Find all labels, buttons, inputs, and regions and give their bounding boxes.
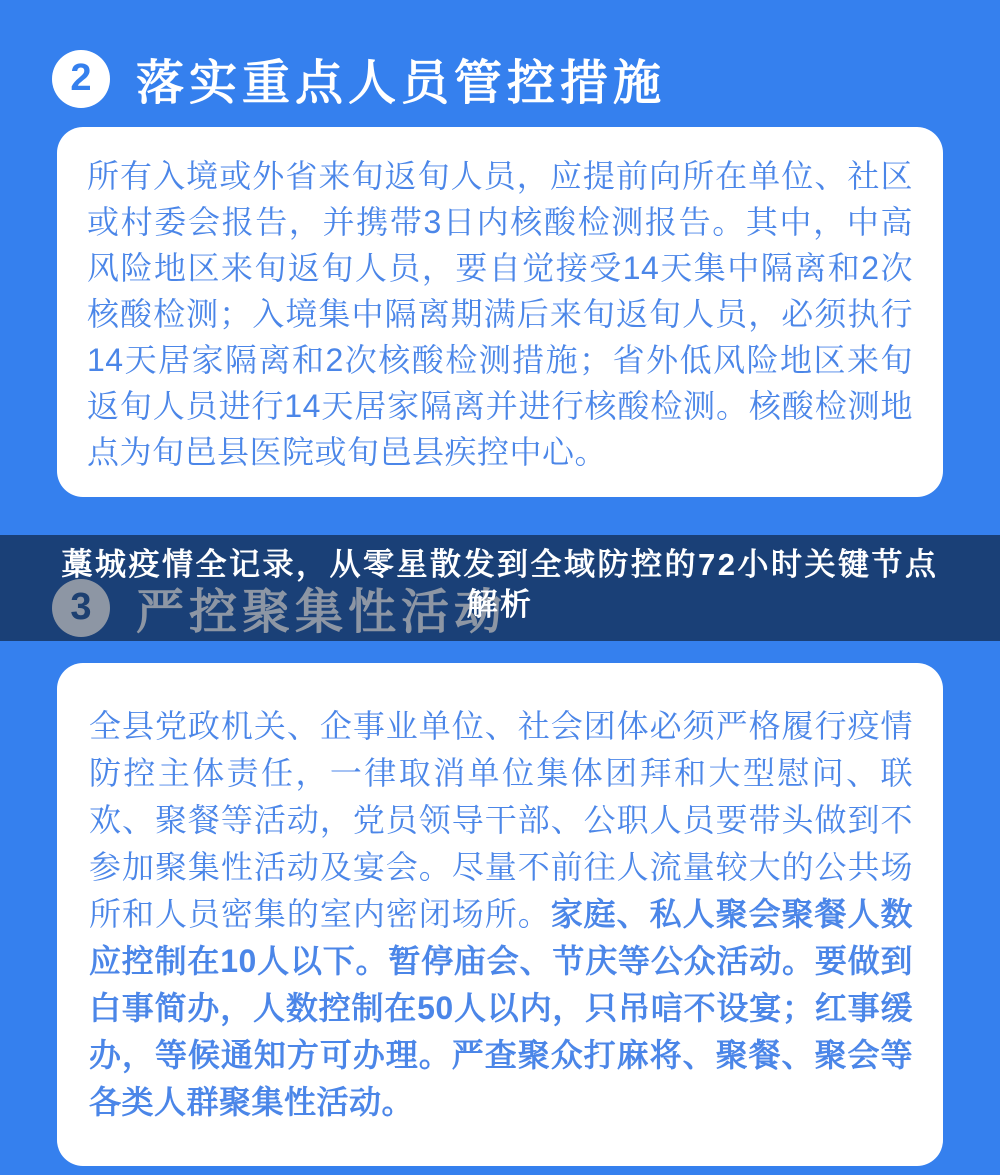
headline-overlay-band: 3 严控聚集性活动 藁城疫情全记录，从零星散发到全域防控的72小时关键节点 解析 xyxy=(0,535,1000,641)
section-3-body: 全县党政机关、企事业单位、社会团体必须严格履行疫情防控主体责任，一律取消单位集体… xyxy=(89,703,913,1126)
article-headline-line-1: 藁城疫情全记录，从零星散发到全域防控的72小时关键节点 xyxy=(40,545,960,585)
section-2-body: 所有入境或外省来旬返旬人员，应提前向所在单位、社区或村委会报告，并携带3日内核酸… xyxy=(87,153,913,475)
article-headline-line-2: 解析 xyxy=(40,585,960,625)
section-2-header: 2 落实重点人员管控措施 xyxy=(52,44,666,113)
section-2-title: 落实重点人员管控措施 xyxy=(136,44,666,113)
article-headline: 藁城疫情全记录，从零星散发到全域防控的72小时关键节点 解析 xyxy=(40,545,960,625)
section-2-number-badge: 2 xyxy=(52,50,110,108)
infographic-page: 2 落实重点人员管控措施 所有入境或外省来旬返旬人员，应提前向所在单位、社区或村… xyxy=(0,0,1000,1175)
section-2-card: 所有入境或外省来旬返旬人员，应提前向所在单位、社区或村委会报告，并携带3日内核酸… xyxy=(57,127,943,497)
section-3-card: 全县党政机关、企事业单位、社会团体必须严格履行疫情防控主体责任，一律取消单位集体… xyxy=(57,663,943,1166)
